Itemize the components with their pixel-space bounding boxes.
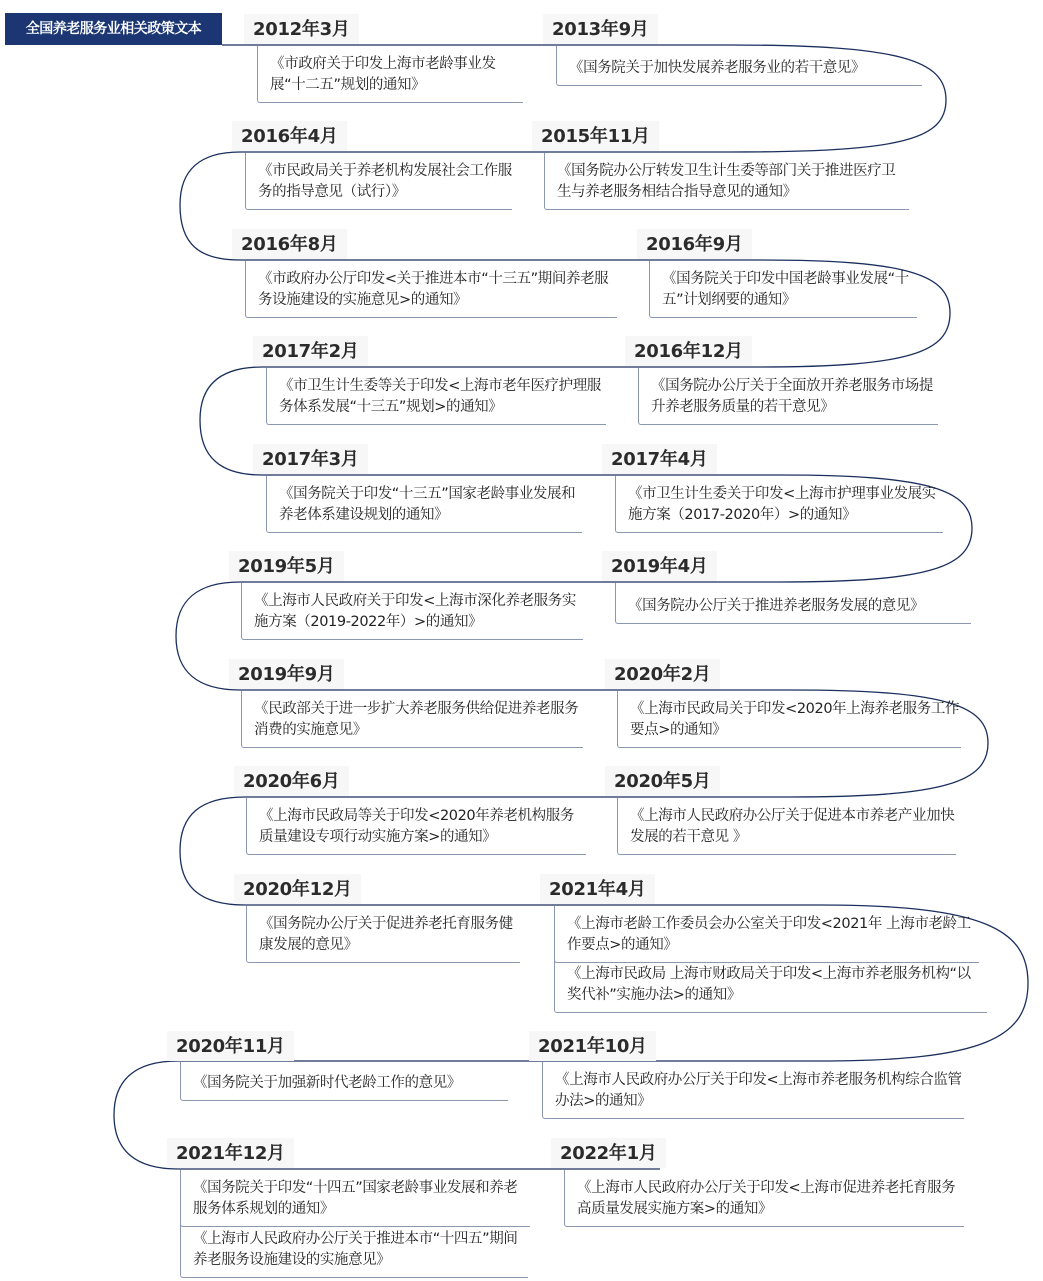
policy-document: 《上海市民政局关于印发<2020年上海养老服务工作要点>的通知》 [617, 691, 961, 748]
date-label: 2021年4月 [540, 874, 655, 904]
date-label: 2012年3月 [244, 14, 359, 44]
policy-document: 《市政府关于印发上海市老龄事业发展“十二五”规划的通知》 [257, 46, 523, 103]
date-label: 2021年12月 [167, 1138, 294, 1168]
policy-document: 《国务院关于加快发展养老服务业的若干意见》 [556, 46, 922, 86]
date-label: 2017年2月 [253, 336, 368, 366]
policy-document: 《上海市人民政府办公厅关于促进本市养老产业加快发展的若干意见 》 [617, 798, 956, 855]
date-label: 2020年6月 [234, 766, 349, 796]
policy-document: 《上海市人民政府办公厅关于印发<上海市促进养老托育服务高质量发展实施方案>的通知… [564, 1170, 964, 1227]
policy-document: 《市政府办公厅印发<关于推进本市“十三五”期间养老服务设施建设的实施意见>的通知… [245, 261, 617, 318]
date-label: 2020年12月 [234, 874, 361, 904]
policy-document: 《上海市人民政府办公厅关于推进本市“十四五”期间养老服务设施建设的实施意见》 [180, 1223, 528, 1278]
date-label: 2021年10月 [529, 1031, 656, 1061]
policy-document: 《上海市老龄工作委员会办公室关于印发<2021年 上海市老龄工作要点>的通知》 [554, 906, 979, 963]
policy-document: 《国务院办公厅转发卫生计生委等部门关于推进医疗卫生与养老服务相结合指导意见的通知… [544, 153, 909, 210]
date-label: 2020年2月 [605, 659, 720, 689]
date-label: 2019年9月 [229, 659, 344, 689]
date-label: 2016年4月 [232, 121, 347, 151]
date-label: 2022年1月 [551, 1138, 666, 1168]
policy-timeline: 全国养老服务业相关政策文本 2012年3月 《市政府关于印发上海市老龄事业发展“… [0, 0, 1043, 1281]
policy-document: 《上海市民政局等关于印发<2020年养老机构服务质量建设专项行动实施方案>的通知… [246, 798, 586, 855]
date-label: 2020年5月 [605, 766, 720, 796]
date-label: 2016年8月 [232, 229, 347, 259]
policy-document: 《国务院关于印发“十四五”国家老龄事业发展和养老服务体系规划的通知》 [180, 1170, 530, 1227]
diagram-title: 全国养老服务业相关政策文本 [5, 13, 222, 45]
policy-document: 《市卫生计生委关于印发<上海市护理事业发展实施方案（2017-2020年）>的通… [615, 476, 943, 533]
policy-document: 《国务院关于加强新时代老龄工作的意见》 [180, 1062, 508, 1101]
policy-document: 《国务院办公厅关于全面放开养老服务市场提升养老服务质量的若干意见》 [638, 368, 938, 425]
date-label: 2019年4月 [602, 551, 717, 581]
policy-document: 《上海市人民政府关于印发<上海市深化养老服务实施方案（2019-2022年）>的… [241, 583, 583, 640]
date-label: 2020年11月 [167, 1031, 294, 1061]
policy-document: 《国务院办公厅关于推进养老服务发展的意见》 [615, 583, 971, 624]
policy-document: 《上海市民政局 上海市财政局关于印发<上海市养老服务机构“以奖代补”实施办法>的… [554, 958, 987, 1013]
date-label: 2016年9月 [637, 229, 752, 259]
date-label: 2017年4月 [602, 444, 717, 474]
policy-document: 《国务院关于印发“十三五”国家老龄事业发展和养老体系建设规划的通知》 [266, 476, 582, 533]
policy-document: 《国务院关于印发中国老龄事业发展“十五”计划纲要的通知》 [649, 261, 917, 318]
policy-document: 《市卫生计生委等关于印发<上海市老年医疗护理服务体系发展“十三五”规划>的通知》 [266, 368, 606, 425]
date-label: 2019年5月 [229, 551, 344, 581]
policy-document: 《国务院办公厅关于促进养老托育服务健康发展的意见》 [246, 906, 520, 963]
date-label: 2017年3月 [253, 444, 368, 474]
date-label: 2016年12月 [625, 336, 752, 366]
date-label: 2015年11月 [532, 121, 659, 151]
policy-document: 《民政部关于进一步扩大养老服务供给促进养老服务消费的实施意见》 [241, 691, 583, 748]
policy-document: 《上海市人民政府办公厅关于印发<上海市养老服务机构综合监管办法>的通知》 [542, 1062, 964, 1119]
policy-document: 《市民政局关于养老机构发展社会工作服务的指导意见（试行）》 [245, 153, 512, 210]
date-label: 2013年9月 [543, 14, 658, 44]
